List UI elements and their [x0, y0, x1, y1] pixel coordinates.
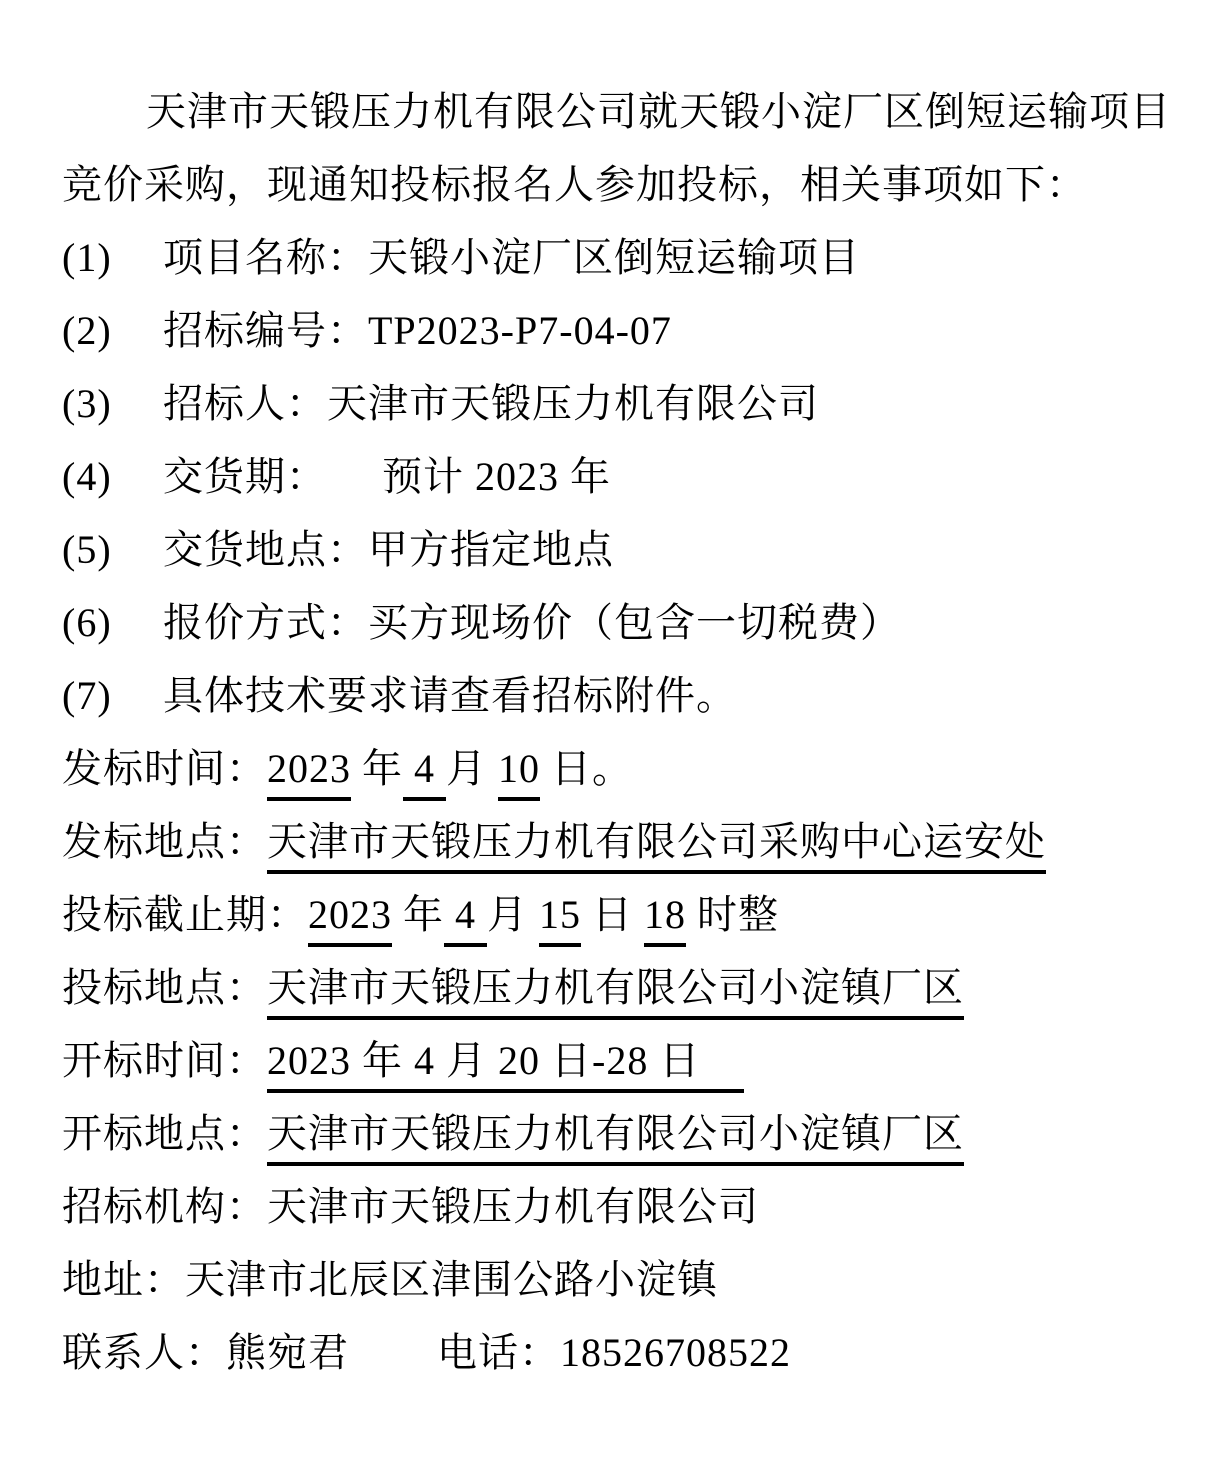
issue-place-line: 发标地点：天津市天锻压力机有限公司采购中心运安处 — [62, 805, 1153, 878]
item-text: 报价方式：买方现场价（包含一切税费） — [163, 600, 901, 645]
bid-place-line: 投标地点：天津市天锻压力机有限公司小淀镇厂区 — [62, 951, 1153, 1024]
tender-agency-line: 招标机构：天津市天锻压力机有限公司 — [62, 1170, 1153, 1243]
year-char: 年 — [351, 746, 403, 791]
issue-time-label: 发标时间： — [62, 746, 267, 791]
month-char: 月 — [446, 746, 498, 791]
opening-place-label: 开标地点： — [62, 1111, 267, 1156]
intro-text-2: 竞价采购，现通知投标报名人参加投标，相关事项如下： — [62, 162, 1087, 207]
contact-phone: 电话：18526708522 — [437, 1330, 791, 1375]
issue-month: 4 — [403, 746, 446, 801]
tender-notice-page: 天津市天锻压力机有限公司就天锻小淀厂区倒短运输项目 竞价采购，现通知投标报名人参… — [0, 0, 1223, 1484]
contact-gap — [349, 1330, 437, 1375]
item-number: (7) — [62, 659, 163, 732]
item-text: 项目名称：天锻小淀厂区倒短运输项目 — [163, 235, 860, 280]
opening-place-line: 开标地点：天津市天锻压力机有限公司小淀镇厂区 — [62, 1097, 1153, 1170]
issue-place-label: 发标地点： — [62, 819, 267, 864]
issue-time-line: 发标时间：2023 年 4 月 10 日。 — [62, 732, 1153, 805]
item-number: (5) — [62, 513, 163, 586]
address-line: 地址：天津市北辰区津围公路小淀镇 — [62, 1243, 1153, 1316]
deadline-hour: 18 — [644, 892, 686, 947]
item-number: (2) — [62, 294, 163, 367]
item-text: 招标编号：TP2023-P7-04-07 — [163, 308, 672, 353]
numbered-item-6: (6)报价方式：买方现场价（包含一切税费） — [62, 586, 1153, 659]
numbered-item-7: (7)具体技术要求请查看招标附件。 — [62, 659, 1153, 732]
item-text: 交货地点：甲方指定地点 — [163, 527, 614, 572]
numbered-item-3: (3)招标人：天津市天锻压力机有限公司 — [62, 367, 1153, 440]
bid-place-value: 天津市天锻压力机有限公司小淀镇厂区 — [267, 965, 964, 1020]
item-number: (1) — [62, 221, 163, 294]
day-char: 日 — [581, 892, 644, 937]
issue-day: 10 — [498, 746, 540, 801]
item-text: 招标人：天津市天锻压力机有限公司 — [163, 381, 819, 426]
opening-place-value: 天津市天锻压力机有限公司小淀镇厂区 — [267, 1111, 964, 1166]
day-char: 日。 — [540, 746, 633, 791]
numbered-item-2: (2)招标编号：TP2023-P7-04-07 — [62, 294, 1153, 367]
tender-agency-value: 天津市天锻压力机有限公司 — [267, 1184, 759, 1229]
intro-paragraph-line-1: 天津市天锻压力机有限公司就天锻小淀厂区倒短运输项目 — [62, 75, 1153, 148]
bid-deadline-label: 投标截止期： — [62, 892, 308, 937]
contact-name: 熊宛君 — [226, 1330, 349, 1375]
item-text: 交货期： 预计 2023 年 — [163, 454, 611, 499]
item-number: (4) — [62, 440, 163, 513]
opening-time-value: 2023 年 4 月 20 日-28 日 — [267, 1038, 744, 1093]
contact-line: 联系人：熊宛君 电话：18526708522 — [62, 1316, 1153, 1389]
numbered-item-4: (4)交货期： 预计 2023 年 — [62, 440, 1153, 513]
year-char: 年 — [392, 892, 444, 937]
deadline-day: 15 — [539, 892, 581, 947]
deadline-month: 4 — [444, 892, 487, 947]
hour-char: 时整 — [686, 892, 779, 937]
address-label: 地址： — [62, 1257, 185, 1302]
bid-place-label: 投标地点： — [62, 965, 267, 1010]
item-text: 具体技术要求请查看招标附件。 — [163, 673, 737, 718]
intro-text-1: 天津市天锻压力机有限公司就天锻小淀厂区倒短运输项目 — [146, 89, 1171, 134]
bid-deadline-line: 投标截止期：2023 年 4 月 15 日 18 时整 — [62, 878, 1153, 951]
numbered-item-1: (1)项目名称：天锻小淀厂区倒短运输项目 — [62, 221, 1153, 294]
intro-paragraph-line-2: 竞价采购，现通知投标报名人参加投标，相关事项如下： — [62, 148, 1153, 221]
issue-year: 2023 — [267, 746, 351, 801]
deadline-year: 2023 — [308, 892, 392, 947]
address-value: 天津市北辰区津围公路小淀镇 — [185, 1257, 718, 1302]
tender-agency-label: 招标机构： — [62, 1184, 267, 1229]
numbered-item-5: (5)交货地点：甲方指定地点 — [62, 513, 1153, 586]
item-number: (6) — [62, 586, 163, 659]
contact-label: 联系人： — [62, 1330, 226, 1375]
month-char: 月 — [487, 892, 539, 937]
opening-time-line: 开标时间：2023 年 4 月 20 日-28 日 — [62, 1024, 1153, 1097]
issue-place-value: 天津市天锻压力机有限公司采购中心运安处 — [267, 819, 1046, 874]
opening-time-label: 开标时间： — [62, 1038, 267, 1083]
item-number: (3) — [62, 367, 163, 440]
